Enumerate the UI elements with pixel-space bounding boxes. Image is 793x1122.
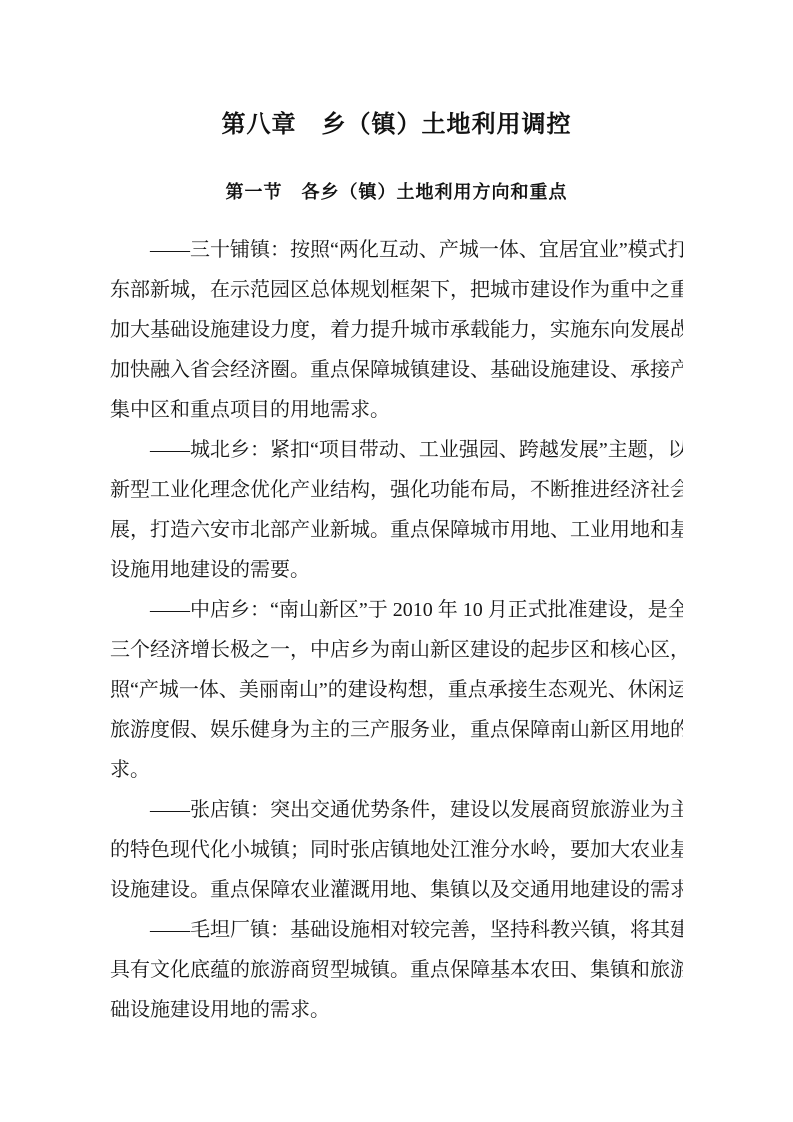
paragraph-zhangdianzhen: ——张店镇：突出交通优势条件，建设以发展商贸旅游业为主导 的特色现代化小城镇；同… (110, 790, 683, 910)
text-line: 东部新城，在示范园区总体规划框架下，把城市建设作为重中之重， (110, 270, 683, 310)
text-line: 的特色现代化小城镇；同时张店镇地处江淮分水岭，要加大农业基础 (110, 830, 683, 870)
text-line: 具有文化底蕴的旅游商贸型城镇。重点保障基本农田、集镇和旅游基 (110, 950, 683, 990)
paragraph-maotanchangzhen: ——毛坦厂镇：基础设施相对较完善，坚持科教兴镇，将其建成 具有文化底蕴的旅游商贸… (110, 910, 683, 1030)
text-line: 旅游度假、娱乐健身为主的三产服务业，重点保障南山新区用地的需 (110, 710, 683, 750)
text-line: 加大基础设施建设力度，着力提升城市承载能力，实施东向发展战略， (110, 310, 683, 350)
paragraph-zhongdianxiang: ——中店乡：“南山新区”于 2010 年 10 月正式批准建设，是全区 三个经济… (110, 590, 683, 790)
text-line: 展，打造六安市北部产业新城。重点保障城市用地、工业用地和基础 (110, 510, 683, 550)
text-line: 新型工业化理念优化产业结构，强化功能布局，不断推进经济社会发 (110, 470, 683, 510)
text-line: 集中区和重点项目的用地需求。 (110, 390, 683, 430)
document-body: ——三十铺镇：按照“两化互动、产城一体、宜居宜业”模式打造 东部新城，在示范园区… (110, 230, 683, 1030)
text-line: ——城北乡：紧扣“项目带动、工业强园、跨越发展”主题，以 (110, 430, 683, 470)
chapter-title: 第八章 乡（镇）土地利用调控 (0, 110, 793, 140)
text-line: ——毛坦厂镇：基础设施相对较完善，坚持科教兴镇，将其建成 (110, 910, 683, 950)
text-line: 础设施建设用地的需求。 (110, 990, 683, 1030)
text-line: 设施用地建设的需要。 (110, 550, 683, 590)
text-line: 照“产城一体、美丽南山”的建设构想，重点承接生态观光、休闲运动、 (110, 670, 683, 710)
text-line: 设施建设。重点保障农业灌溉用地、集镇以及交通用地建设的需求。 (110, 870, 683, 910)
document-page: 第八章 乡（镇）土地利用调控 第一节 各乡（镇）土地利用方向和重点 ——三十铺镇… (0, 0, 793, 1122)
text-line: 加快融入省会经济圈。重点保障城镇建设、基础设施建设、承接产业 (110, 350, 683, 390)
text-line: ——三十铺镇：按照“两化互动、产城一体、宜居宜业”模式打造 (110, 230, 683, 270)
text-line: 求。 (110, 750, 683, 790)
paragraph-sanshipuzhen: ——三十铺镇：按照“两化互动、产城一体、宜居宜业”模式打造 东部新城，在示范园区… (110, 230, 683, 430)
text-line: ——中店乡：“南山新区”于 2010 年 10 月正式批准建设，是全区 (110, 590, 683, 630)
paragraph-chengbeixiang: ——城北乡：紧扣“项目带动、工业强园、跨越发展”主题，以 新型工业化理念优化产业… (110, 430, 683, 590)
text-line: 三个经济增长极之一，中店乡为南山新区建设的起步区和核心区，按 (110, 630, 683, 670)
section-title: 第一节 各乡（镇）土地利用方向和重点 (0, 180, 793, 204)
text-line: ——张店镇：突出交通优势条件，建设以发展商贸旅游业为主导 (110, 790, 683, 830)
